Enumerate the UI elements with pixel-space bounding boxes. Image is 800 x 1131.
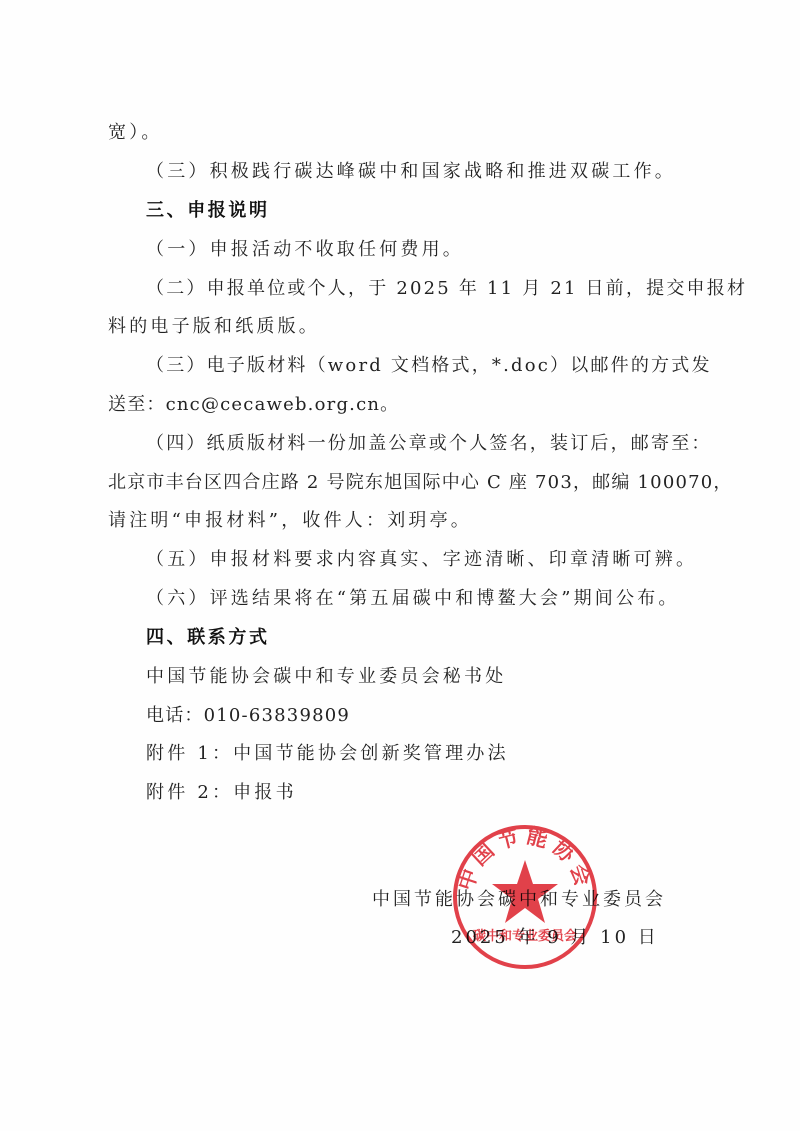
paragraph-rule-6: （六）评选结果将在“第五届碳中和博鳌大会”期间公布。 [146,588,680,610]
paragraph-item-3: （三）积极践行碳达峰碳中和国家战略和推进双碳工作。 [146,161,676,183]
paragraph-rule-1: （一）申报活动不收取任何费用。 [146,239,464,261]
paragraph-rule-2: （二）申报单位或个人，于 2025 年 11 月 21 日前，提交申报材 [146,278,747,300]
paragraph-rule-4-recipient: 请注明“申报材料”，收件人：刘玥亭。 [108,510,472,532]
contact-organization: 中国节能协会碳中和专业委员会秘书处 [146,666,506,688]
paragraph-rule-4: （四）纸质版材料一份加盖公章或个人签名，装订后，邮寄至： [146,433,712,455]
section-heading-3: 三、申报说明 [146,200,270,222]
document-page: 宽）。 （三）积极践行碳达峰碳中和国家战略和推进双碳工作。 三、申报说明 （一）… [0,0,800,1131]
paragraph-rule-2-cont: 料的电子版和纸质版。 [108,316,320,338]
paragraph-rule-3-cont: 送至：cnc@cecaweb.org.cn。 [108,394,399,416]
svg-text:碳中和专业委员会: 碳中和专业委员会 [473,928,577,944]
contact-phone: 电话：010-63839809 [146,705,350,727]
paragraph-rule-3: （三）电子版材料（word 文档格式，*.doc）以邮件的方式发 [146,355,712,377]
paragraph-continuation: 宽）。 [108,122,163,144]
section-heading-4: 四、联系方式 [146,627,270,649]
attachment-2: 附件 2：申报书 [146,782,297,804]
seal-icon: 中国节能协会 碳中和专业委员会 [450,822,600,972]
attachment-1: 附件 1：中国节能协会创新奖管理办法 [146,743,509,765]
paragraph-rule-4-address: 北京市丰台区四合庄路 2 号院东旭国际中心 C 座 703，邮编 100070， [108,472,733,494]
paragraph-rule-5: （五）申报材料要求内容真实、字迹清晰、印章清晰可辨。 [146,549,697,571]
official-seal: 中国节能协会 碳中和专业委员会 [450,822,600,972]
